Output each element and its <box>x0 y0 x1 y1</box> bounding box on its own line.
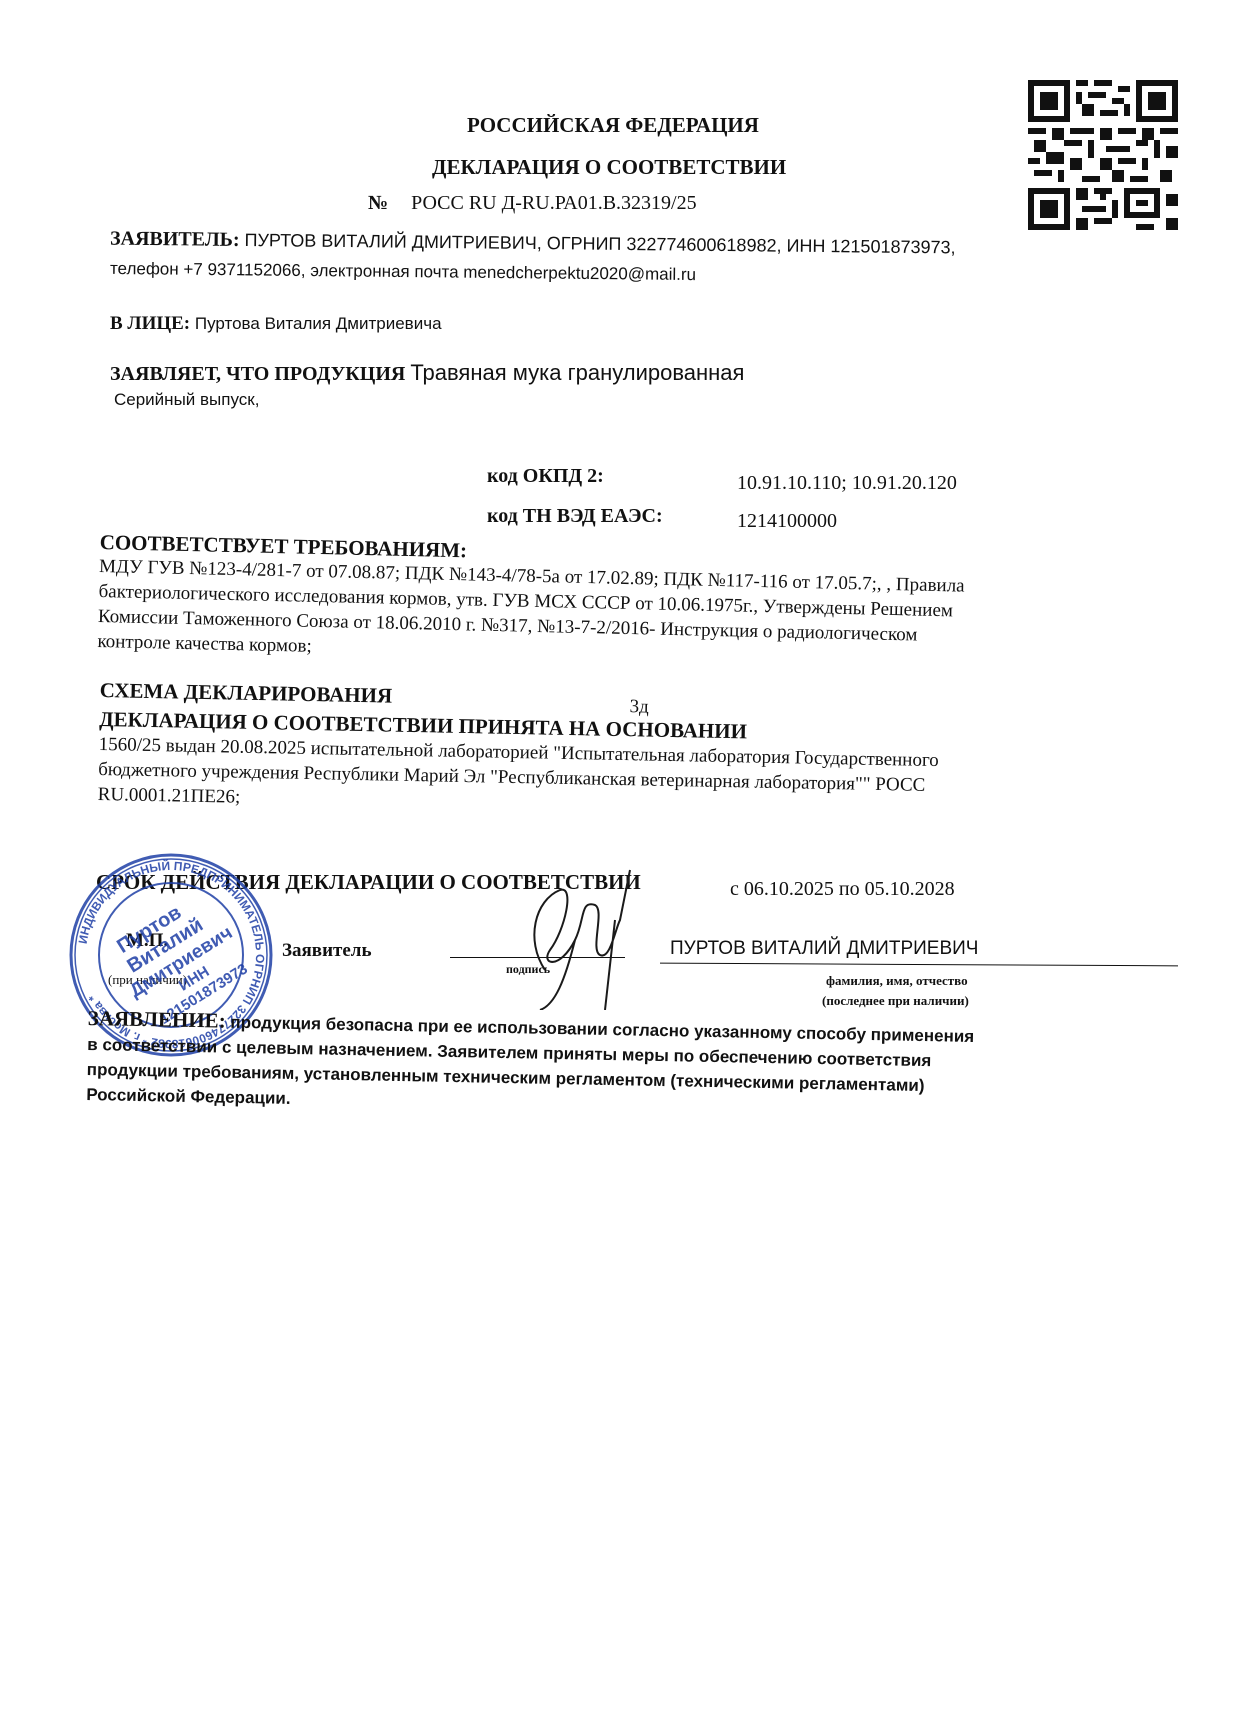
applicant-sign-label: Заявитель <box>282 940 372 962</box>
name-caption-2: (последнее при наличии) <box>822 993 969 1009</box>
okpd-value: 10.91.10.110; 10.91.20.120 <box>737 472 957 495</box>
applicant-label: ЗАЯВИТЕЛЬ: <box>110 228 240 251</box>
name-caption-1: фамилия, имя, отчество <box>826 973 968 989</box>
tnved-label: код ТН ВЭД ЕАЭС: <box>487 505 663 528</box>
validity-value: с 06.10.2025 по 05.10.2028 <box>730 878 955 901</box>
number-value: РОСС RU Д-RU.РА01.В.32319/25 <box>411 192 697 214</box>
represented-by: В ЛИЦЕ: Пуртова Виталия Дмитриевича <box>110 313 442 335</box>
scheme-value: 3д <box>629 696 649 718</box>
product-release: Серийный выпуск, <box>114 390 259 410</box>
country-title: РОССИЙСКАЯ ФЕДЕРАЦИЯ <box>467 113 759 138</box>
product-label: ЗАЯВЛЯЕТ, ЧТО ПРОДУКЦИЯ <box>110 363 405 385</box>
applicant-contacts: телефон +7 9371152066, электронная почта… <box>110 259 696 285</box>
declaration-number: № РОСС RU Д-RU.РА01.В.32319/25 <box>368 192 697 215</box>
basis-section: СХЕМА ДЕКЛАРИРОВАНИЯ 3д ДЕКЛАРАЦИЯ О СОО… <box>98 678 1160 827</box>
represented-by-value: Пуртова Виталия Дмитриевича <box>195 314 442 333</box>
tnved-value: 1214100000 <box>737 510 837 533</box>
scheme-label: СХЕМА ДЕКЛАРИРОВАНИЯ <box>100 678 393 709</box>
signature-scribble <box>505 860 660 1010</box>
applicant-line-1: ЗАЯВИТЕЛЬ: ПУРТОВ ВИТАЛИЙ ДМИТРИЕВИЧ, ОГ… <box>110 228 956 260</box>
number-sign: № <box>368 192 388 214</box>
statement-section: ЗАЯВЛЕНИЕ: продукция безопасна при ее ис… <box>86 1006 1178 1128</box>
okpd-label: код ОКПД 2: <box>487 465 604 488</box>
document-title: ДЕКЛАРАЦИЯ О СООТВЕТСТВИИ <box>432 155 786 180</box>
signer-full-name: ПУРТОВ ВИТАЛИЙ ДМИТРИЕВИЧ <box>670 938 978 960</box>
requirements-section: СООТВЕТСТВУЕТ ТРЕБОВАНИЯМ: МДУ ГУВ №123-… <box>97 530 1160 678</box>
represented-by-label: В ЛИЦЕ: <box>110 313 190 334</box>
qr-code-icon <box>1028 80 1178 230</box>
product-name: Травяная мука гранулированная <box>410 360 744 385</box>
statement-label: ЗАЯВЛЕНИЕ: <box>88 1006 226 1033</box>
applicant-details: ПУРТОВ ВИТАЛИЙ ДМИТРИЕВИЧ, ОГРНИП 322774… <box>244 230 955 257</box>
name-line <box>660 963 1178 967</box>
product-statement: ЗАЯВЛЯЕТ, ЧТО ПРОДУКЦИЯ Травяная мука гр… <box>110 360 744 386</box>
